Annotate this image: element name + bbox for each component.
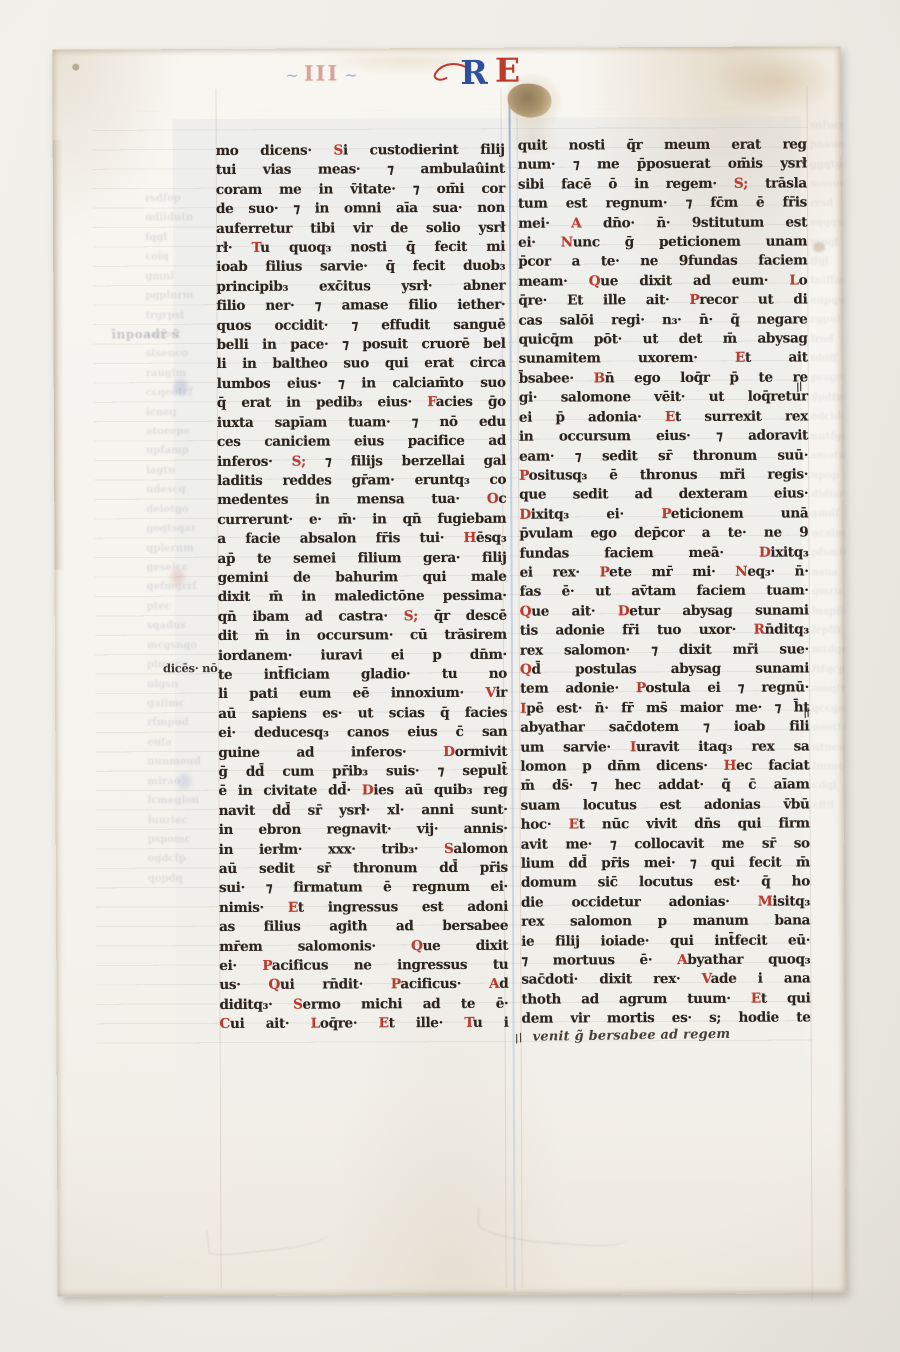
- rubric-letter: D: [759, 544, 771, 560]
- manuscript-line: meam· Que dixit ad eum· Lo: [518, 271, 807, 292]
- showthrough-text: rsdfop udiidutn fqgl coiq gmnl pgplnrm t…: [145, 189, 212, 889]
- faded-marginal-gloss: īnpoadr̄ s̄: [111, 327, 179, 341]
- running-title-letter-r: R: [460, 50, 488, 96]
- manuscript-line: lium dd̄ pr̄is mei· ⁊ qui fecit m̄: [521, 853, 810, 874]
- rubric-letter: C: [220, 1016, 231, 1032]
- rubric-letter: A: [677, 952, 687, 968]
- manuscript-line: tem adonie· Postula ei ⁊ regnū·: [520, 679, 809, 700]
- rubric-letter: P: [600, 564, 610, 580]
- rubric-letter: E: [735, 350, 745, 366]
- manuscript-line: b̄sabee· Bn̄ ego loq̄r p̄ te re: [519, 368, 808, 389]
- stain: [712, 48, 838, 113]
- rubric-letter: H: [724, 758, 737, 774]
- rubric-letter: S: [333, 142, 343, 158]
- manuscript-line: sui· ⁊ firmatum ē regnum ei·: [219, 878, 508, 899]
- rubric-letter: Q: [269, 977, 281, 993]
- rubric-letter: S;: [292, 453, 306, 469]
- manuscript-line: guine ad inferos· Dormivit: [218, 742, 507, 763]
- rubric-letter: P: [391, 977, 401, 993]
- manuscript-line: diditq₃· Sermo michi ad te ē·: [219, 995, 508, 1016]
- manuscript-line: Que ait· Detur abysag sunami: [520, 601, 809, 622]
- manuscript-line: li in baltheo suo qui erat circa: [217, 354, 506, 375]
- manuscript-line: tum est regnum· ⁊ fc̄m ē fr̄is: [518, 194, 807, 215]
- manuscript-line: ē in civitate dd̄· Dies aū quib₃ reg: [218, 781, 507, 802]
- rubric-letter: D: [618, 603, 630, 619]
- rubric-letter: A: [571, 215, 581, 231]
- manuscript-line: dixit m̄ in maledictōne pessima·: [218, 587, 507, 608]
- rubric-letter: D: [519, 506, 531, 522]
- manuscript-line: m̄ ds̄· ⁊ hec addat· q̄ c̄ aīam: [520, 776, 809, 797]
- manuscript-line: in ebron regnavit· vij· annis·: [219, 820, 508, 841]
- manuscript-line: tis adonie fr̄i tuo uxor· Rn̄ditq₃: [520, 621, 809, 642]
- manuscript-leaf: ~III~ R E rsdfop udiidutn fqgl coiq gmnl…: [52, 46, 845, 1296]
- chapter-numeral-text: III: [304, 60, 340, 85]
- manuscript-line: quit nosti q̄r meum erat reg: [518, 135, 807, 156]
- manuscript-line: navit dd̄ sr̄ ysrł· xl· anni sunt·: [219, 801, 508, 822]
- chapter-numeral: ~III~: [280, 60, 362, 85]
- manuscript-line: mr̄em salomonis· Que dixit: [219, 936, 508, 957]
- manuscript-line: p̄vulam ego dep̄cor a te· ne 9: [519, 524, 808, 545]
- rubric-letter: O: [487, 491, 499, 507]
- manuscript-line: iuxta sapīam tuam· ⁊ nō edu: [217, 412, 506, 433]
- running-title-letter-e: E: [495, 48, 520, 94]
- text-column-right: quit nosti q̄r meum erat regnum· ⁊ me p̄…: [518, 135, 811, 1029]
- manuscript-line: ⁊ mortuus ē· Abyathar quoq₃: [521, 950, 810, 971]
- rubric-letter: P: [262, 958, 272, 974]
- manuscript-line: gemini de bahurim qui male: [218, 568, 507, 589]
- manuscript-line: ap̄ te semei filium gera· filij: [217, 548, 506, 569]
- running-title: R E: [460, 47, 610, 100]
- manuscript-line: sunamitem uxorem· Et ait: [519, 349, 808, 370]
- manuscript-line: lomon p dn̄m dicens· Hec faciat: [520, 756, 809, 777]
- rubric-letter: E: [751, 991, 761, 1007]
- manuscript-line: us· Qui rn̄dit· Pacificus· Ad: [219, 975, 508, 996]
- manuscript-line: Ipē est· n̄· fr̄ ms̄ maior me· ⁊ h̄t: [520, 698, 809, 719]
- manuscript-line: nimis· Et ingressus est adoni: [219, 898, 508, 919]
- manuscript-line: mei· A dn̄o· n̄· 9stitutum est: [518, 213, 807, 234]
- manuscript-line: in ierłm· xxx· trib₃· Salomon: [219, 839, 508, 860]
- manuscript-line: laditis reddes gr̄am· eruntq₃ co: [217, 471, 506, 492]
- rubric-letter: L: [311, 1016, 320, 1032]
- manuscript-line: ie filij ioiade· qui int̄fecit eū·: [521, 931, 810, 952]
- manuscript-line: suam locutus est adonias v̄bū: [521, 795, 810, 816]
- manuscript-line: Qd̄ postulas abysag sunami: [520, 659, 809, 680]
- rubric-letter: N: [561, 234, 573, 250]
- manuscript-line: ces caniciem eius pacifice ad: [217, 432, 506, 453]
- insertion-mark-icon: //: [513, 1031, 525, 1046]
- manuscript-line: aū sapiens es· ut scias q̄ facies: [218, 704, 507, 725]
- rubric-letter: S;: [734, 176, 748, 192]
- rubric-letter: Q: [520, 662, 532, 678]
- manuscript-line: Dixitq₃ ei· Peticionem unā: [519, 504, 808, 525]
- manuscript-line: rł· Tu quoq₃ nosti q̄ fecit mi: [216, 238, 505, 259]
- rubric-letter: N: [735, 564, 747, 580]
- rubric-letter: E: [665, 409, 675, 425]
- rubric-letter: Q: [411, 938, 423, 954]
- showthrough-initial: [174, 379, 188, 395]
- rubric-letter: D: [443, 744, 455, 760]
- penwork-dash-icon: ~: [339, 65, 362, 84]
- manuscript-line: tui vias meas· ⁊ ambulaûint: [216, 160, 505, 181]
- rubric-letter: S: [444, 841, 454, 857]
- rubric-letter: S;: [404, 608, 418, 624]
- rubric-letter: E: [288, 900, 298, 916]
- rubric-letter: H: [464, 530, 477, 546]
- manuscript-line: abyathar sac̄dotem ⁊ ioab fili: [520, 718, 809, 739]
- stain: [813, 242, 825, 252]
- rubric-letter: F: [427, 394, 436, 410]
- manuscript-line: currerunt· e· m̄· in qn̄ fugiebam: [217, 509, 506, 530]
- bottom-marginal-annotation: venit g̃ bersabee ad regem: [532, 1027, 730, 1045]
- manuscript-line: ei· deducesq₃ canos eius c̄ san: [218, 723, 507, 744]
- manuscript-line: dit m̄ in occursum· cū trāsirem: [218, 626, 507, 647]
- manuscript-line: iordanem· iuravi ei p dn̄m·: [218, 645, 507, 666]
- manuscript-line: ei p̄ adonia· Et surrexit rex: [519, 407, 808, 428]
- manuscript-line: p̄cor a te· ne 9fundas faciem: [518, 252, 807, 273]
- manuscript-line: ḡ dd̄ cum pr̄ib₃ suis· ⁊ sepult̄: [218, 762, 507, 783]
- rubric-letter: R: [754, 622, 765, 638]
- rubric-letter: M: [758, 893, 773, 909]
- gutter-penwork-line: [509, 100, 516, 1290]
- rubric-letter: Q: [589, 273, 601, 289]
- rubric-letter: P: [519, 468, 529, 484]
- marginal-correction: dicēs· nō: [163, 661, 218, 675]
- manuscript-line: qn̄ ibam ad castra· S; q̄r descē: [218, 606, 507, 627]
- manuscript-line: quicq̄m pōt· ut det m̄ abysag: [519, 329, 808, 350]
- rubric-letter: D: [362, 783, 374, 799]
- manuscript-line: q̄ erat in pedib₃ eius· Facies ḡo: [217, 393, 506, 414]
- rubric-letter: P: [661, 506, 671, 522]
- manuscript-line: fas ē· ut av̄tam faciem tuam·: [520, 582, 809, 603]
- manuscript-line: gi· salomone vēit· ut loq̄retur: [519, 388, 808, 409]
- edge-stain: [53, 140, 65, 570]
- photo-background: ~III~ R E rsdfop udiidutn fqgl coiq gmnl…: [0, 0, 900, 1352]
- manuscript-line: domum sic̄ locutus est· q̄ ho: [521, 873, 810, 894]
- pencil-inscription: [477, 1208, 630, 1249]
- stain: [57, 1086, 846, 1296]
- manuscript-line: ei· Pacificus ne ingressus tu: [219, 956, 508, 977]
- manuscript-line: medentes in mensa tua· Oc: [217, 490, 506, 511]
- manuscript-line: um sarvie· Iuravit itaq₃ rex sa: [520, 737, 809, 758]
- manuscript-line: thoth ad agrum tuum· Et qui: [521, 989, 810, 1010]
- manuscript-line: die occidetur adonias· Misitq₃: [521, 892, 810, 913]
- manuscript-line: sac̄doti· dixit rex· Vade i ana: [521, 970, 810, 991]
- rubric-letter: V: [702, 971, 711, 987]
- manuscript-line: rex salomon· ⁊ dixit mr̄i sue·: [520, 640, 809, 661]
- manuscript-line: li pati eum eē innoxium· Vir: [218, 684, 507, 705]
- manuscript-line: Cui ait· Loq̄re· Et ille· Tu i: [219, 1014, 508, 1035]
- manuscript-line: cas salōi regi· n₃· n̄· q̄ negare: [518, 310, 807, 331]
- manuscript-line: num· ⁊ me p̄posuerat om̄is ysrł: [518, 155, 807, 176]
- manuscript-line: ioab filius sarvie· q̄ fecit duob₃: [216, 257, 505, 278]
- manuscript-line: principib₃ exc̄itus ysrł· abner: [216, 277, 505, 298]
- rubric-letter: Q: [520, 603, 532, 619]
- manuscript-line: as filius agith ad bersabee: [219, 917, 508, 938]
- manuscript-line: auferretur tibi vir de solio ysrł: [216, 218, 505, 239]
- manuscript-line: que sedit ad dexteram eius·: [519, 485, 808, 506]
- manuscript-line: ei· Nunc ḡ peticionem unam: [518, 232, 807, 253]
- rubric-letter: T: [252, 240, 261, 256]
- manuscript-line: dem vir mortis es· s; hodie te: [521, 1009, 810, 1030]
- manuscript-line: quos occidit· ⁊ effudit sanguē: [216, 315, 505, 336]
- manuscript-line: lumbos eius· ⁊ in calciam̄to suo: [217, 374, 506, 395]
- rubric-letter: L: [789, 272, 798, 288]
- penwork-dash-icon: ~: [280, 66, 303, 85]
- manuscript-line: mo dicens· Si custodierint filij: [216, 141, 505, 162]
- showthrough-initial: [177, 773, 191, 789]
- rubric-letter: S: [293, 997, 303, 1013]
- rubric-letter: B: [594, 370, 605, 386]
- showthrough-text: snfucndn pnauonri ggqtgs msouen rrsd sqq…: [810, 116, 848, 1046]
- manuscript-line: in occursum eius· ⁊ adoravit: [519, 427, 808, 448]
- rubric-letter: P: [689, 292, 699, 308]
- manuscript-line: ei rex· Pete mr̄ mi· Neq₃· n̄·: [520, 562, 809, 583]
- rubric-letter: E: [379, 1016, 389, 1032]
- manuscript-line: hoc· Et nūc vivit dn̄s qui firm: [521, 815, 810, 836]
- showthrough-initial: [171, 569, 185, 585]
- manuscript-line: avit me· ⁊ collocavit me sr̄ so: [521, 834, 810, 855]
- manuscript-line: fundas faciem meā· Dixitq₃: [519, 543, 808, 564]
- manuscript-line: coram me in v̄itate· ⁊ om̄i cor: [216, 180, 505, 201]
- manuscript-line: aū sedit sr̄ thronum dd̄ pr̄is: [219, 859, 508, 880]
- wormhole-dot: [72, 64, 79, 71]
- manuscript-line: belli in pace· ⁊ posuit cruorē bel: [217, 335, 506, 356]
- manuscript-line: a facie absalon fr̄is tui· Hēsq₃: [217, 529, 506, 550]
- manuscript-line: de suo· ⁊ in omni aīa sua· non: [216, 199, 505, 220]
- manuscript-line: te int̄ficiam gladio· tu no: [218, 665, 507, 686]
- manuscript-line: inferos· S; ⁊ filijs berzellai gal: [217, 451, 506, 472]
- rubric-letter: A: [489, 976, 499, 992]
- pencil-inscription: [206, 1217, 329, 1257]
- text-column-left: mo dicens· Si custodierint filijtui vias…: [216, 141, 509, 1035]
- manuscript-line: eam· ⁊ sedit sr̄ thronum suū·: [519, 446, 808, 467]
- manuscript-line: q̄re· Et ille ait· Precor ut di: [518, 291, 807, 312]
- manuscript-line: rex salomon p manum bana: [521, 912, 810, 933]
- rubric-letter: V: [485, 685, 495, 701]
- manuscript-line: Positusq₃ ē thronus mr̄i regis·: [519, 465, 808, 486]
- manuscript-line: filio ner· ⁊ amase filio iether·: [216, 296, 505, 317]
- manuscript-line: sibi facē ō in regem· S; trāsla: [518, 174, 807, 195]
- rubric-letter: E: [569, 817, 579, 833]
